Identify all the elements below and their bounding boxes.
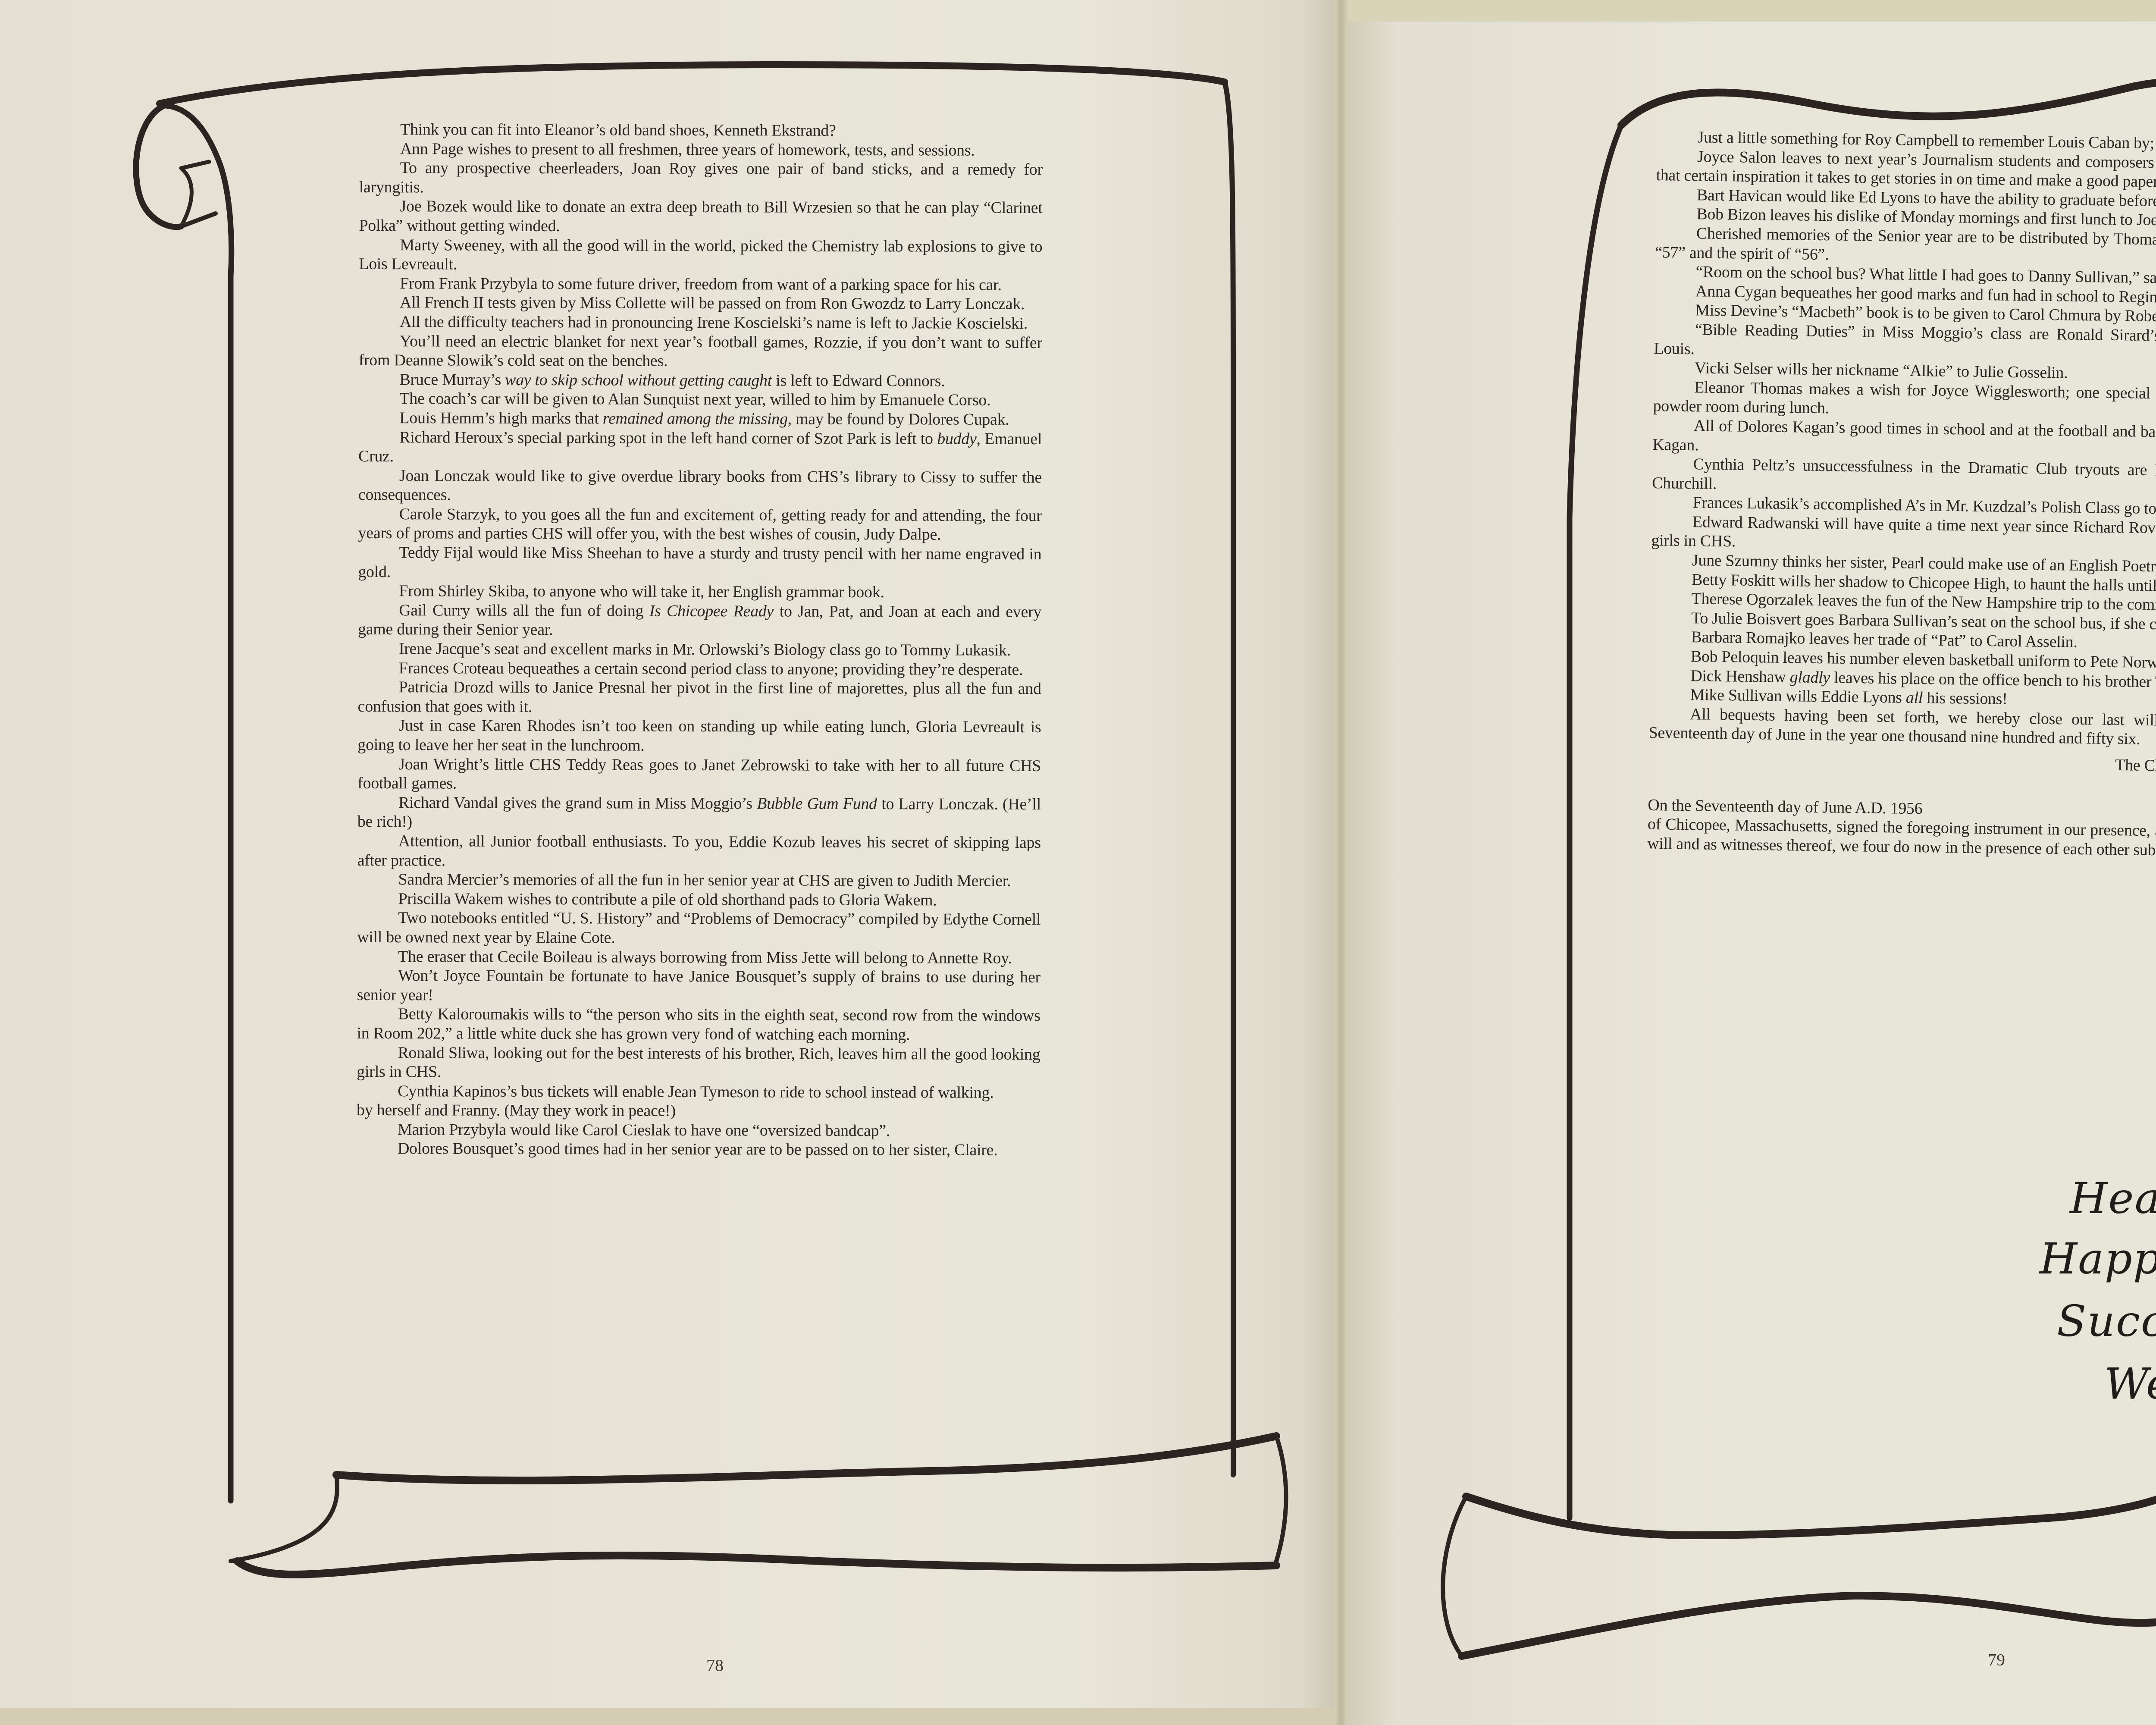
bequest-paragraph: Just in case Karen Rhodes isn’t too keen… bbox=[357, 716, 1041, 756]
italic-phrase: Bubble Gum Fund bbox=[757, 794, 877, 813]
bequest-paragraph: Richard Heroux’s special parking spot in… bbox=[358, 427, 1042, 467]
book-gutter bbox=[1335, 0, 1347, 1725]
bequest-paragraph: Attention, all Junior football enthusias… bbox=[357, 831, 1041, 872]
italic-phrase: remained among the missing bbox=[603, 409, 788, 428]
bequest-paragraph: Cynthia Kapinos’s bus tickets will enabl… bbox=[357, 1082, 1040, 1103]
bequest-paragraph: The coach’s car will be given to Alan Su… bbox=[358, 389, 1042, 410]
bequest-paragraph: Irene Jacque’s seat and excellent marks … bbox=[358, 639, 1041, 660]
bequest-paragraph: Frances Croteau bequeathes a certain sec… bbox=[358, 659, 1041, 680]
signature-happiness: Happiness bbox=[2040, 1233, 2156, 1284]
bequest-paragraph: Ronald Sliwa, looking out for the best i… bbox=[357, 1043, 1040, 1083]
right-page-text: Just a little something for Roy Campbell… bbox=[1647, 127, 2156, 862]
class-signoff: The Class of 1956 bbox=[1648, 750, 2156, 778]
left-page-text: Think you can fit into Eleanor’s old ban… bbox=[357, 120, 1043, 1160]
bequest-paragraph: All the difficulty teachers had in prono… bbox=[359, 312, 1042, 333]
bequest-paragraph: Betty Kaloroumakis wills to “the person … bbox=[357, 1004, 1040, 1044]
bequest-paragraph: Ann Page wishes to present to all freshm… bbox=[359, 139, 1043, 160]
bequest-paragraph: Joan Lonczak would like to give overdue … bbox=[358, 466, 1042, 506]
bequest-paragraph: Two notebooks entitled “U. S. History” a… bbox=[357, 908, 1040, 948]
bequest-paragraph: You’ll need an electric blanket for next… bbox=[359, 331, 1042, 371]
bequest-paragraph: To any prospective cheerleaders, Joan Ro… bbox=[359, 158, 1043, 198]
bequest-paragraph: by herself and Franny. (May they work in… bbox=[357, 1101, 1040, 1122]
bequest-paragraph: Richard Vandal gives the grand sum in Mi… bbox=[357, 793, 1041, 833]
italic-phrase: buddy bbox=[937, 430, 976, 448]
bequest-paragraph: Teddy Fijal would like Miss Sheehan to h… bbox=[358, 543, 1041, 583]
bequest-paragraph: Marty Sweeney, with all the good will in… bbox=[359, 235, 1042, 275]
bequest-paragraph: Marion Przybyla would like Carol Cieslak… bbox=[357, 1120, 1040, 1141]
bequest-paragraph: From Shirley Skiba, to anyone who will t… bbox=[358, 581, 1041, 602]
bequest-paragraph: Patricia Drozd wills to Janice Presnal h… bbox=[358, 677, 1041, 718]
bequest-paragraph: Gail Curry wills all the fun of doing Is… bbox=[358, 601, 1041, 641]
bequest-paragraph: Carole Starzyk, to you goes all the fun … bbox=[358, 505, 1042, 545]
page-number-right: 79 bbox=[1988, 1650, 2005, 1670]
italic-phrase: gladly bbox=[1789, 668, 1830, 687]
bequest-paragraph: Won’t Joyce Fountain be fortunate to hav… bbox=[357, 966, 1040, 1006]
page-number-left: 78 bbox=[706, 1655, 724, 1675]
bequest-paragraph: Joe Bozek would like to donate an extra … bbox=[359, 197, 1042, 237]
bequest-paragraph: Joan Wright’s little CHS Teddy Reas goes… bbox=[357, 755, 1041, 795]
italic-phrase: way to skip school without getting caugh… bbox=[505, 371, 772, 390]
bequest-paragraph: Bruce Murray’s way to skip school withou… bbox=[359, 370, 1042, 391]
bequest-paragraph: Think you can fit into Eleanor’s old ban… bbox=[359, 120, 1043, 141]
page-edge-bottom bbox=[0, 1708, 1341, 1725]
italic-phrase: all bbox=[1906, 689, 1923, 707]
bequest-paragraph: Sandra Mercier’s memories of all the fun… bbox=[357, 870, 1040, 891]
signature-wealth: Wealth bbox=[2104, 1358, 2156, 1409]
signature-success: Success bbox=[2057, 1296, 2156, 1346]
bequest-paragraph: All bequests having been set forth, we h… bbox=[1648, 704, 2156, 752]
bequest-paragraph: Louis Hemm’s high marks that remained am… bbox=[358, 408, 1042, 430]
italic-phrase: Is Chicopee Ready bbox=[649, 602, 774, 621]
signature-health: Health bbox=[2070, 1173, 2156, 1223]
page-edge-top bbox=[1341, 0, 2156, 22]
bequest-paragraph: The eraser that Cecile Boileau is always… bbox=[357, 947, 1040, 968]
book-spread: Think you can fit into Eleanor’s old ban… bbox=[0, 0, 2156, 1725]
bequest-paragraph: Dolores Bousquet’s good times had in her… bbox=[357, 1139, 1040, 1160]
bequest-paragraph: All French II tests given by Miss Collet… bbox=[359, 293, 1042, 314]
bequest-paragraph: From Frank Przybyla to some future drive… bbox=[359, 274, 1042, 295]
bequest-paragraph: Priscilla Wakem wishes to contribute a p… bbox=[357, 889, 1040, 910]
